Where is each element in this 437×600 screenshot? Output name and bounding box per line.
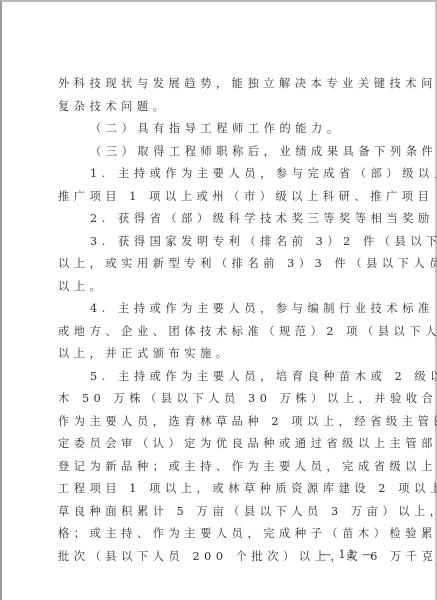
- text-line: 复杂技术问题。: [58, 96, 382, 119]
- text-line: 登记为新品种；或主持、作为主要人员，完成省级以上林草种苗: [58, 456, 382, 479]
- list-item-5: 5. 主持或作为主要人员，培育良种苗木或 2 级以上合格苗: [58, 366, 382, 389]
- list-item-1: 1. 主持或作为主要人员，参与完成省（部）级以上科研、: [58, 163, 382, 186]
- list-item-4: 4. 主持或作为主要人员，参与编制行业技术标准 1 项以上: [58, 298, 382, 321]
- text-line: 格；或主持、作为主要人员，完成种子（苗木）检验累计 300 个: [58, 523, 382, 546]
- text-line: 或地方、企业、团体技术标准（规范）2 项（县以下人员 1 项）: [58, 321, 382, 344]
- list-item-3: 3. 获得国家发明专利（排名前 3）2 件（县以下人员 1 件）: [58, 231, 382, 254]
- text-line: 工程项目 1 项以上，或林草种质资源库建设 2 项以上，或推广林: [58, 478, 382, 501]
- document-page: 外科技现状与发展趋势，能独立解决本专业关键技术问题和疑难 复杂技术问题。 （二）…: [0, 0, 437, 600]
- section-heading-2: （二）具有指导工程师工作的能力。: [58, 118, 382, 141]
- document-body: 外科技现状与发展趋势，能独立解决本专业关键技术问题和疑难 复杂技术问题。 （二）…: [58, 73, 382, 568]
- list-item-2: 2. 获得省（部）级科学技术奖三等奖等相当奖励 1 项以上。: [58, 208, 382, 231]
- text-line: 以上。: [58, 276, 382, 299]
- text-line: 木 50 万株（县以下人员 30 万株）以上，并验收合格；或主持、: [58, 388, 382, 411]
- text-line: 以上，或实用新型专利（排名前 3）3 件（县以下人员 2 件）: [58, 253, 382, 276]
- page-number: — 11 —: [320, 548, 375, 561]
- section-heading-3: （三）取得工程师职称后，业绩成果具备下列条件之一：: [58, 141, 382, 164]
- text-line: 草良种面积累计 5 万亩（县以下人员 3 万亩）以上，并验收合: [58, 501, 382, 524]
- text-line: 推广项目 1 项以上或州（市）级以上科研、推广项目 2 项以上。: [58, 186, 382, 209]
- text-line: 以上，并正式颁布实施。: [58, 343, 382, 366]
- text-line: 外科技现状与发展趋势，能独立解决本专业关键技术问题和疑难: [58, 73, 382, 96]
- text-line: 定委员会审（认）定为优良品种或通过省级以上主管部门授予或: [58, 433, 382, 456]
- text-line: 作为主要人员，选育林草品种 2 项以上，经省级主管部门品种审: [58, 411, 382, 434]
